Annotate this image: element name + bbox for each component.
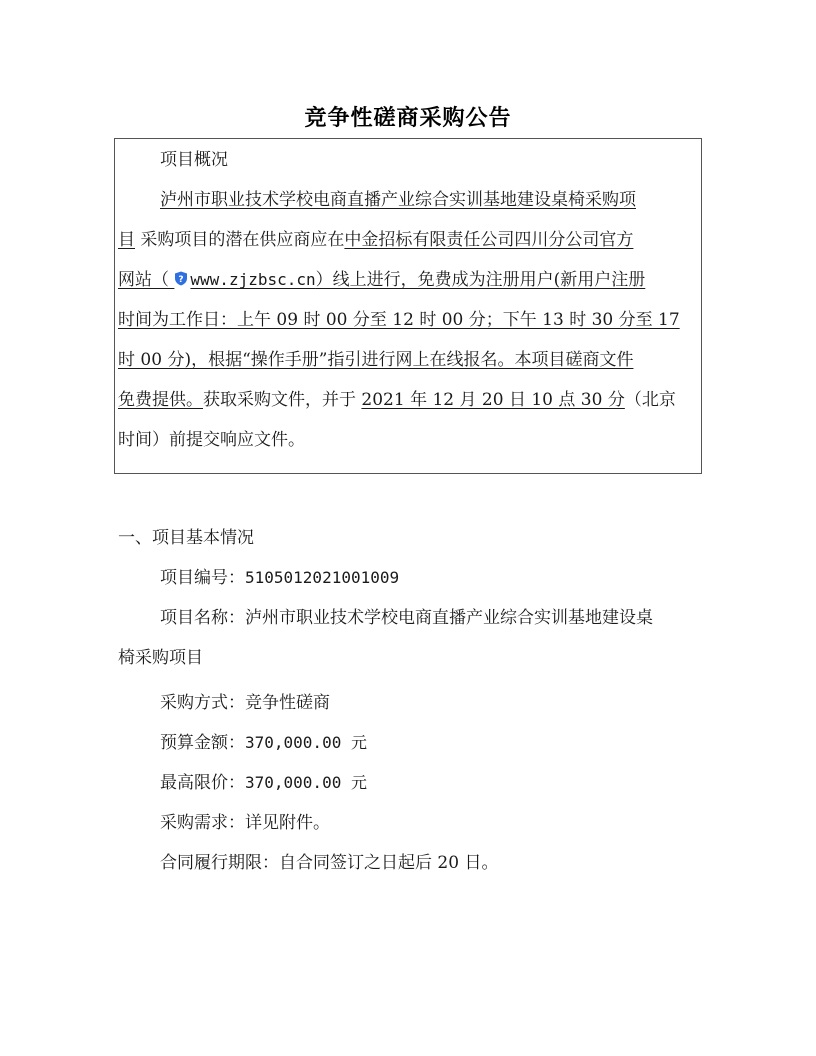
beijing-time-text: （北京 bbox=[625, 390, 676, 410]
submit-text: 时间）前提交响应文件。 bbox=[118, 430, 305, 450]
contract-period-label: 合同履行期限： bbox=[160, 853, 279, 873]
website-link[interactable]: ?www.zjzbsc.cn bbox=[174, 270, 315, 290]
contract-period-row: 合同履行期限：自合同签订之日起后 20 日。 bbox=[160, 853, 498, 873]
requirements-row: 采购需求：详见附件。 bbox=[160, 813, 330, 833]
project-overview-box bbox=[114, 138, 702, 474]
overview-line-6: 免费提供。获取采购文件，并于 2021 年 12 月 20 日 10 点 30 … bbox=[118, 390, 676, 410]
overview-line-1: 泸州市职业技术学校电商直播产业综合实训基地建设桌椅采购项 bbox=[160, 190, 636, 210]
requirements-value: 详见附件。 bbox=[245, 813, 330, 833]
deadline-date: 2021 年 12 月 20 日 10 点 30 分 bbox=[361, 390, 624, 410]
website-url[interactable]: www.zjzbsc.cn bbox=[190, 270, 315, 289]
overview-line-5: 时 00 分)，根据“操作手册”指引进行网上在线报名。本项目磋商文件 bbox=[118, 350, 633, 370]
budget-row: 预算金额：370,000.00 元 bbox=[160, 733, 367, 753]
procurement-method-row: 采购方式：竞争性磋商 bbox=[160, 693, 330, 713]
svg-text:?: ? bbox=[179, 275, 184, 285]
procurement-method-label: 采购方式： bbox=[160, 693, 245, 713]
contract-period-value: 自合同签订之日起后 20 日。 bbox=[279, 853, 498, 873]
max-price-label: 最高限价： bbox=[160, 773, 245, 793]
section-heading-basic-info: 一、项目基本情况 bbox=[118, 528, 254, 548]
free-docs-text: 免费提供。 bbox=[118, 390, 203, 410]
budget-label: 预算金额： bbox=[160, 733, 245, 753]
overview-line-3: 网站（ ?www.zjzbsc.cn）线上进行，免费成为注册用户(新用户注册 bbox=[118, 270, 645, 290]
project-number-label: 项目编号： bbox=[160, 568, 245, 588]
project-name-row: 项目名称：泸州市职业技术学校电商直播产业综合实训基地建设桌 bbox=[160, 608, 653, 628]
max-price-value: 370,000.00 元 bbox=[245, 773, 367, 792]
max-price-row: 最高限价：370,000.00 元 bbox=[160, 773, 367, 793]
overview-line-4: 时间为工作日：上午 09 时 00 分至 12 时 00 分；下午 13 时 3… bbox=[118, 310, 680, 330]
project-number-value: 5105012021001009 bbox=[245, 568, 399, 587]
project-name-tail: 目 bbox=[118, 230, 135, 250]
registration-hours: 时间为工作日：上午 09 时 00 分至 12 时 00 分；下午 13 时 3… bbox=[118, 310, 680, 330]
project-name-link-text: 泸州市职业技术学校电商直播产业综合实训基地建设桌椅采购项 bbox=[160, 190, 636, 210]
requirements-label: 采购需求： bbox=[160, 813, 245, 833]
registration-instructions: 时 00 分)，根据“操作手册”指引进行网上在线报名。本项目磋商文件 bbox=[118, 350, 633, 370]
overview-text: 采购项目的潜在供应商应在 bbox=[135, 230, 344, 250]
shield-question-icon: ? bbox=[174, 271, 188, 286]
project-name-value: 泸州市职业技术学校电商直播产业综合实训基地建设桌 bbox=[245, 608, 653, 628]
registration-text: ）线上进行，免费成为注册用户(新用户注册 bbox=[316, 270, 646, 290]
project-name-label: 项目名称： bbox=[160, 608, 245, 628]
website-prefix: 网站（ bbox=[118, 270, 174, 290]
document-title: 竞争性磋商采购公告 bbox=[0, 101, 816, 132]
project-name-continuation: 椅采购项目 bbox=[118, 648, 203, 668]
budget-value: 370,000.00 元 bbox=[245, 733, 367, 752]
agency-name: 中金招标有限责任公司四川分公司官方 bbox=[344, 230, 633, 250]
procurement-method-value: 竞争性磋商 bbox=[245, 693, 330, 713]
overview-heading: 项目概况 bbox=[160, 150, 228, 170]
overview-line-7: 时间）前提交响应文件。 bbox=[118, 430, 305, 450]
obtain-docs-text: 获取采购文件，并于 bbox=[203, 390, 361, 410]
overview-line-2: 目 采购项目的潜在供应商应在中金招标有限责任公司四川分公司官方 bbox=[118, 230, 633, 250]
project-number-row: 项目编号：5105012021001009 bbox=[160, 568, 399, 588]
